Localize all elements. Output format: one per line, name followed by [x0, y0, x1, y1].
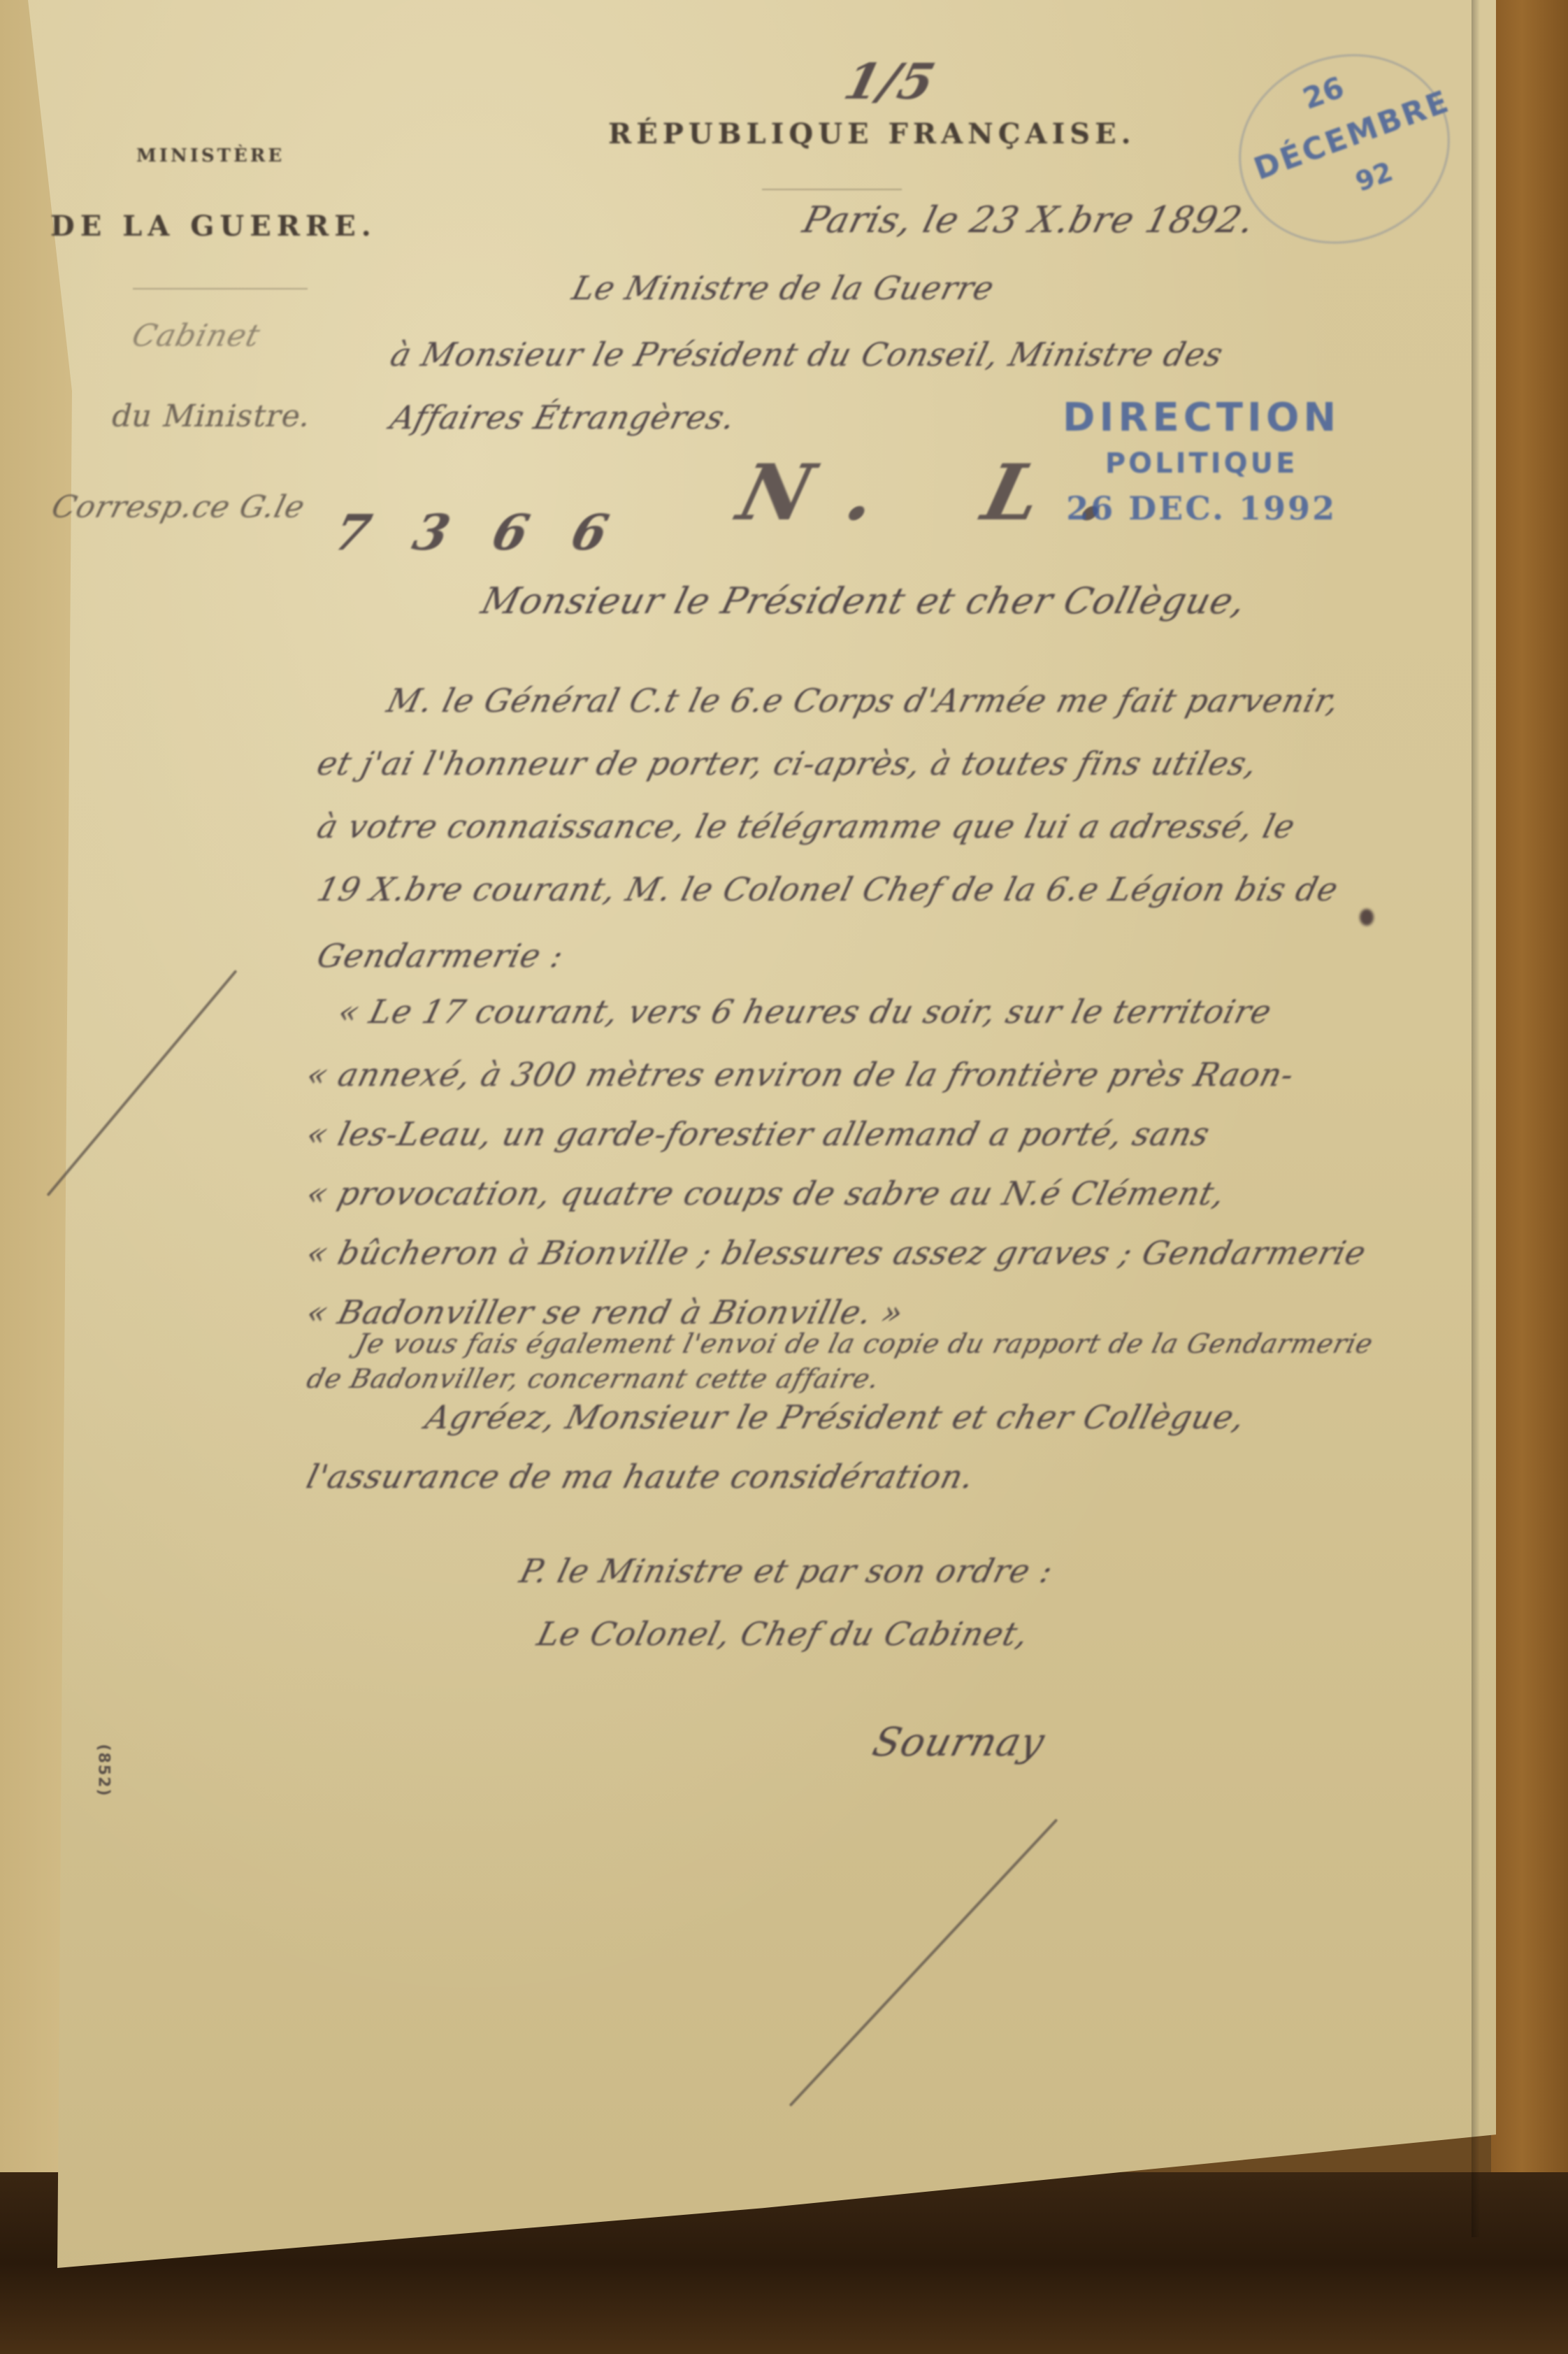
- stamp-date-line: 26 DEC. 1992: [1063, 489, 1340, 527]
- letterhead-republique: République Française.: [608, 117, 1136, 150]
- body-line: de Badonviller, concernant cette affaire…: [304, 1363, 883, 1394]
- body-line: Gendarmerie :: [313, 937, 568, 975]
- recipient-line-1: à Monsieur le Président du Conseil, Mini…: [387, 336, 1227, 373]
- wooden-table-edge: [1491, 0, 1568, 2354]
- service-correspondance: Corresp.ce G.le: [48, 489, 309, 525]
- signature: Sournay: [868, 1720, 1049, 1765]
- received-year: 92: [1351, 156, 1397, 197]
- body-line: Je vous fais également l'envoi de la cop…: [353, 1328, 1377, 1359]
- body-line: 19 X.bre courant, M. le Colonel Chef de …: [313, 870, 1342, 908]
- letterhead-de-la-guerre: De la Guerre.: [50, 210, 377, 243]
- body-line: M. le Général C.t le 6.e Corps d'Armée m…: [383, 682, 1344, 719]
- body-line: et j'ai l'honneur de porter, ci-après, à…: [313, 745, 1261, 782]
- office-du-ministre: du Ministre.: [108, 399, 316, 434]
- top-fraction-annotation: 1/5: [839, 52, 942, 110]
- page-edge-shadow: [1472, 0, 1480, 2237]
- office-cabinet: Cabinet: [129, 318, 264, 354]
- sender-line: Le Ministre de la Guerre: [568, 269, 998, 307]
- direction-politique-stamp: DIRECTION POLITIQUE 26 DEC. 1992: [1063, 395, 1340, 527]
- salutation: Monsieur le Président et cher Collègue,: [477, 580, 1251, 622]
- quote-line: « Badonviller se rend à Bionville. »: [303, 1293, 907, 1331]
- closing-courtesy-line: l'assurance de ma haute considération.: [303, 1458, 978, 1495]
- closing-line-2: Le Colonel, Chef du Cabinet,: [533, 1615, 1033, 1653]
- quote-line: « les-Leau, un garde-forestier allemand …: [303, 1115, 1214, 1153]
- stamp-direction-line: DIRECTION: [1063, 395, 1340, 440]
- ink-blot: [1360, 909, 1374, 926]
- letterhead-divider: [133, 288, 308, 289]
- body-line: à votre connaissance, le télégramme que …: [313, 808, 1299, 845]
- spine-print-number: (852): [95, 1744, 113, 1797]
- closing-line-1: P. le Ministre et par son ordre :: [516, 1552, 1057, 1590]
- recipient-line-2: Affaires Étrangères.: [387, 399, 740, 436]
- quote-line: « Le 17 courant, vers 6 heures du soir, …: [334, 993, 1276, 1031]
- closing-courtesy-line: Agréez, Monsieur le Président et cher Co…: [422, 1398, 1249, 1436]
- quote-line: « provocation, quatre coups de sabre au …: [303, 1175, 1229, 1212]
- quote-line: « bûcheron à Bionville ; blessures assez…: [303, 1234, 1370, 1272]
- received-day: 26: [1298, 70, 1348, 116]
- letterhead-divider-right: [762, 189, 902, 190]
- quote-line: « annexé, à 300 mètres environ de la fro…: [303, 1056, 1298, 1093]
- letterhead-ministere: Ministère: [136, 145, 285, 166]
- stamp-politique-line: POLITIQUE: [1063, 447, 1340, 480]
- reference-number: 7 3 6 6: [329, 503, 628, 561]
- dateline: Paris, le 23 X.bre 1892.: [799, 199, 1259, 241]
